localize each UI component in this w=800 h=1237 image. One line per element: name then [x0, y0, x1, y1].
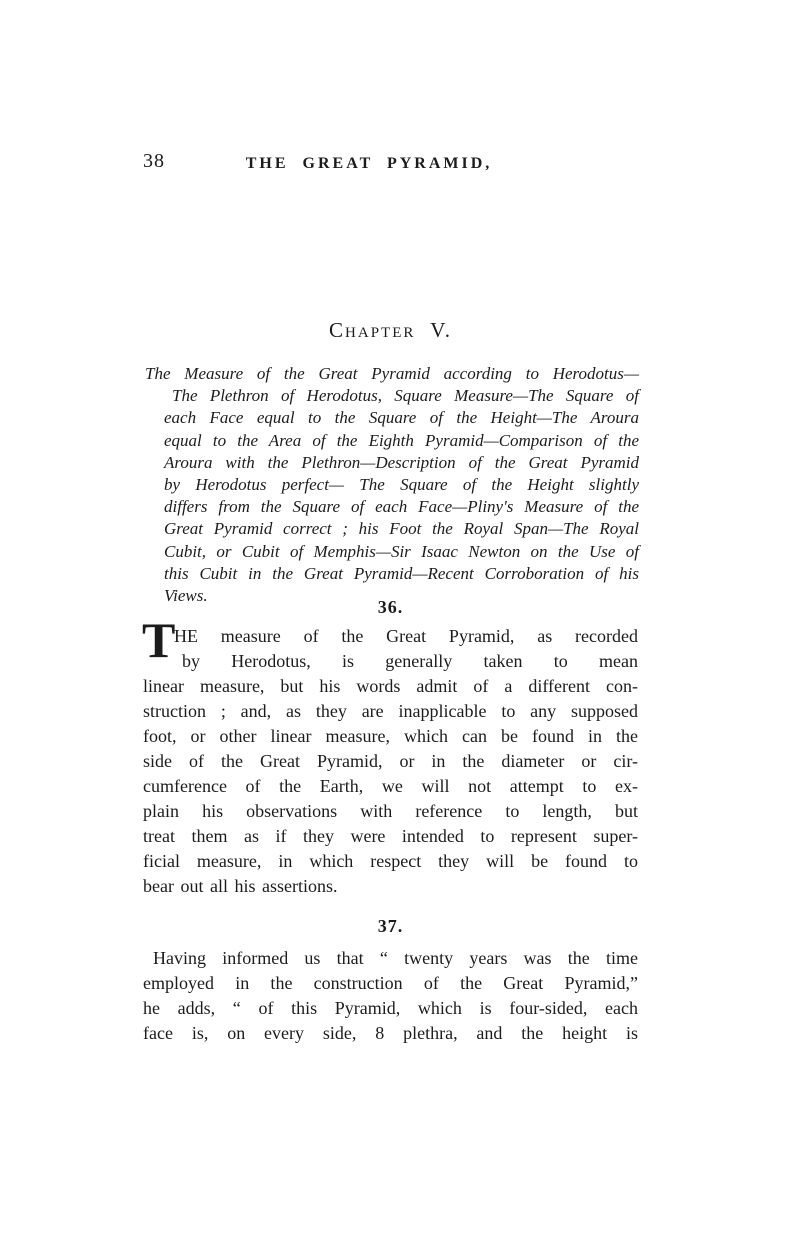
body-text-line: struction ; and, as they are inapplicabl… [143, 699, 638, 724]
summary-line: by Herodotus perfect— The Square of the … [143, 474, 639, 496]
body-text-line: face is, on every side, 8 plethra, and t… [143, 1021, 638, 1046]
body-text-line: treat them as if they were intended to r… [143, 824, 638, 849]
summary-line: each Face equal to the Square of the Hei… [143, 407, 639, 429]
body-text-line: employed in the construction of the Grea… [143, 971, 638, 996]
chapter-heading: Chapter V. [143, 318, 638, 343]
running-title: THE GREAT PYRAMID, [143, 155, 595, 173]
summary-line: equal to the Area of the Eighth Pyramid—… [143, 430, 639, 452]
body-text-line: side of the Great Pyramid, or in the dia… [143, 749, 638, 774]
body-text-line: he adds, “ of this Pyramid, which is fou… [143, 996, 638, 1021]
body-text-line: bear out all his assertions. [143, 874, 638, 899]
body-text-line: foot, or other linear measure, which can… [143, 724, 638, 749]
chapter-summary: The Measure of the Great Pyramid accordi… [143, 363, 639, 607]
summary-line: this Cubit in the Great Pyramid—Recent C… [143, 563, 639, 585]
body-text-line: HE measure of the Great Pyramid, as reco… [143, 624, 638, 649]
section-number-36: 36. [143, 597, 638, 618]
summary-line: The Plethron of Herodotus, Square Measur… [143, 385, 639, 407]
summary-line: Cubit, or Cubit of Memphis—Sir Isaac New… [143, 541, 639, 563]
summary-line: Aroura with the Plethron—Description of … [143, 452, 639, 474]
summary-line: Great Pyramid correct ; his Foot the Roy… [143, 518, 639, 540]
body-text-line: Having informed us that “ twenty years w… [143, 946, 638, 971]
summary-line: differs from the Square of each Face—Pli… [143, 496, 639, 518]
book-page: 38 THE GREAT PYRAMID, Chapter V. The Mea… [0, 0, 800, 1237]
body-text-line: linear measure, but his words admit of a… [143, 674, 638, 699]
body-text-line: plain his observations with reference to… [143, 799, 638, 824]
paragraph-section-36: HE measure of the Great Pyramid, as reco… [143, 624, 638, 899]
section-number-37: 37. [143, 916, 638, 937]
body-text-line: by Herodotus, is generally taken to mean [143, 649, 638, 674]
body-text-line: ficial measure, in which respect they wi… [143, 849, 638, 874]
paragraph-section-37: Having informed us that “ twenty years w… [143, 946, 638, 1046]
summary-line: The Measure of the Great Pyramid accordi… [143, 363, 639, 385]
body-text-line: cumference of the Earth, we will not att… [143, 774, 638, 799]
